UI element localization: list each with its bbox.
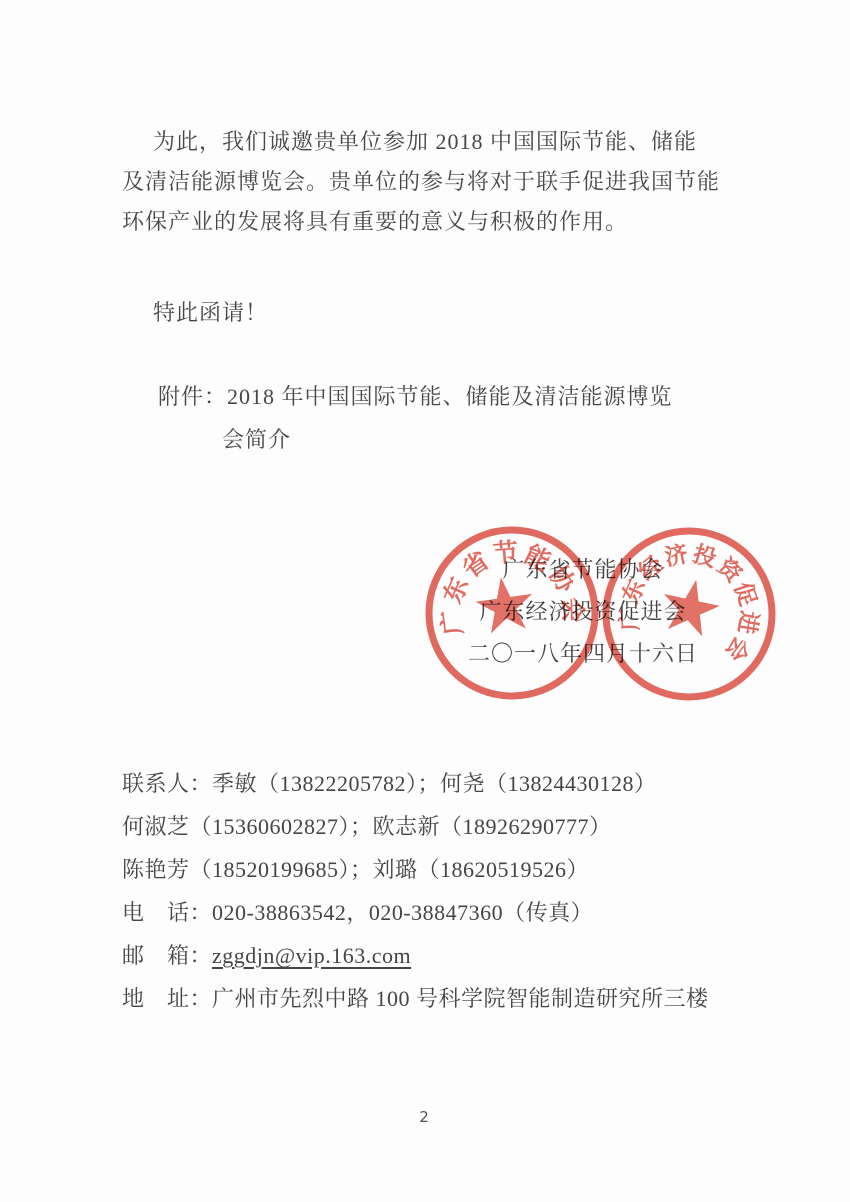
signature-org1: 广东省节能协会 bbox=[397, 549, 769, 591]
email-link[interactable]: zggdjn@vip.163.com bbox=[212, 943, 411, 968]
signature-org2: 广东经济投资促进会 bbox=[397, 591, 769, 633]
attachment-label: 附件： bbox=[158, 384, 227, 409]
email-label: 邮 箱： bbox=[122, 943, 212, 968]
signature-date: 二〇一八年四月十六日 bbox=[397, 633, 769, 675]
address-label: 地 址： bbox=[122, 986, 212, 1011]
body-line: 及清洁能源博览会。贵单位的参与将对于联手促进我国节能 bbox=[122, 162, 762, 202]
body-line: 环保产业的发展将具有重要的意义与积极的作用。 bbox=[122, 202, 762, 242]
contact-persons-line3: 陈艳芳（18520199685）；刘璐（18620519526） bbox=[122, 848, 772, 891]
address-line: 地 址：广州市先烈中路 100 号科学院智能制造研究所三楼 bbox=[122, 977, 772, 1020]
contact-persons-line2: 何淑芝（15360602827）；欧志新（18926290777） bbox=[122, 805, 772, 848]
phone-line: 电 话：020-38863542，020-38847360（传真） bbox=[122, 891, 772, 934]
document-page: 为此，我们诚邀贵单位参加 2018 中国国际节能、储能 及清洁能源博览会。贵单位… bbox=[0, 0, 850, 1202]
body-paragraph: 为此，我们诚邀贵单位参加 2018 中国国际节能、储能 及清洁能源博览会。贵单位… bbox=[122, 122, 762, 242]
email-line: 邮 箱：zggdjn@vip.163.com bbox=[122, 934, 772, 977]
address-value: 广州市先烈中路 100 号科学院智能制造研究所三楼 bbox=[212, 986, 709, 1011]
contact-persons-line1: 联系人：季敏（13822205782）；何尧（13824430128） bbox=[122, 762, 772, 805]
phone-numbers: 020-38863542，020-38847360（传真） bbox=[212, 900, 593, 925]
attachment-line-wrap: 会简介 bbox=[158, 418, 673, 461]
signature-block: 广东省节能协会 广东经济投资促进会 二〇一八年四月十六日 bbox=[397, 549, 769, 675]
contact-block: 联系人：季敏（13822205782）；何尧（13824430128） 何淑芝（… bbox=[122, 762, 772, 1020]
body-line: 为此，我们诚邀贵单位参加 2018 中国国际节能、储能 bbox=[122, 122, 762, 162]
closing-phrase: 特此函请！ bbox=[122, 291, 268, 334]
attachment-line: 附件：2018 年中国国际节能、储能及清洁能源博览 bbox=[158, 375, 673, 418]
phone-label: 电 话： bbox=[122, 900, 212, 925]
attachment-note: 附件：2018 年中国国际节能、储能及清洁能源博览 会简介 bbox=[158, 375, 673, 461]
attachment-title: 2018 年中国国际节能、储能及清洁能源博览 bbox=[227, 384, 673, 409]
page-number: 2 bbox=[412, 1108, 436, 1126]
